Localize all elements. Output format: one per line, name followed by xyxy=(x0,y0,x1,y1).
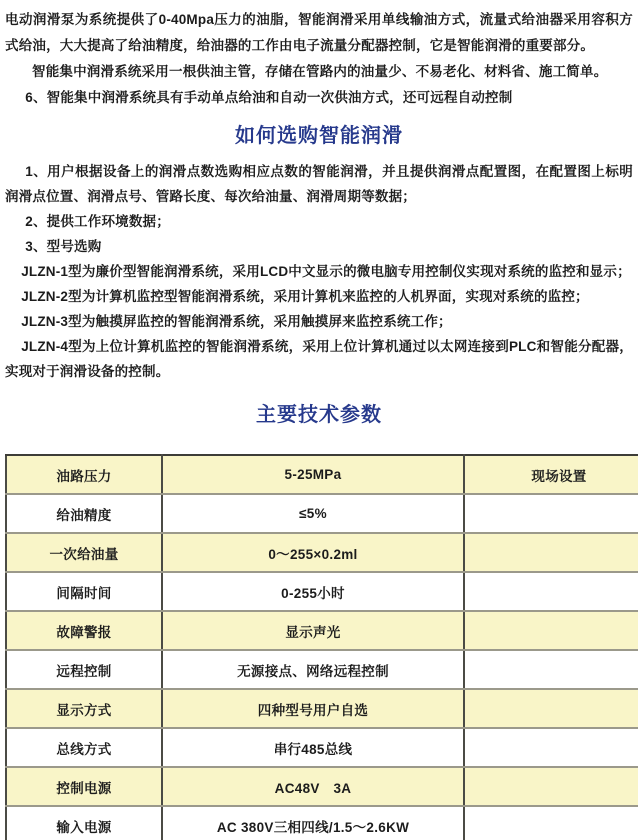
intro-paragraph-1: 电动润滑泵为系统提供了0-40Mpa压力的油脂，智能润滑采用单线输油方式，流量式… xyxy=(5,7,633,59)
param-value-cell: AC48V 3A xyxy=(162,767,464,806)
param-note-cell: 现场设置 xyxy=(464,455,638,494)
param-name-cell: 显示方式 xyxy=(6,689,162,728)
param-note-cell xyxy=(464,728,638,767)
param-name-cell: 油路压力 xyxy=(6,455,162,494)
table-row: 油路压力 5-25MPa 现场设置 xyxy=(6,455,638,494)
table-row: 远程控制 无源接点、网络远程控制 xyxy=(6,650,638,689)
table-row: 显示方式 四种型号用户自选 xyxy=(6,689,638,728)
param-name-cell: 输入电源 xyxy=(6,806,162,840)
parameters-table: 油路压力 5-25MPa 现场设置 给油精度 ≤5% 一次给油量 0～255×0… xyxy=(5,454,638,840)
param-value-cell: 串行485总线 xyxy=(162,728,464,767)
param-value-cell: 无源接点、网络远程控制 xyxy=(162,650,464,689)
param-note-cell xyxy=(464,806,638,840)
section-title-parameters: 主要技术参数 xyxy=(5,401,633,429)
selection-paragraph-jlzn3: JLZN-3型为触摸屏监控的智能润滑系统，采用触摸屏来监控系统工作； xyxy=(5,309,633,334)
table-row: 间隔时间 0-255小时 xyxy=(6,572,638,611)
param-name-cell: 给油精度 xyxy=(6,494,162,533)
parameters-table-body: 油路压力 5-25MPa 现场设置 给油精度 ≤5% 一次给油量 0～255×0… xyxy=(6,455,638,840)
param-value-cell: ≤5% xyxy=(162,494,464,533)
param-value-cell: 5-25MPa xyxy=(162,455,464,494)
param-name-cell: 故障警报 xyxy=(6,611,162,650)
param-note-cell xyxy=(464,767,638,806)
param-value-cell: 0～255×0.2ml xyxy=(162,533,464,572)
param-name-cell: 控制电源 xyxy=(6,767,162,806)
param-note-cell xyxy=(464,533,638,572)
param-value-cell: 0-255小时 xyxy=(162,572,464,611)
table-row: 故障警报 显示声光 xyxy=(6,611,638,650)
document-page: 电动润滑泵为系统提供了0-40Mpa压力的油脂，智能润滑采用单线输油方式，流量式… xyxy=(0,0,638,840)
table-row: 控制电源 AC48V 3A xyxy=(6,767,638,806)
section-title-selection: 如何选购智能润滑 xyxy=(5,122,633,150)
selection-paragraph-1: 1、用户根据设备上的润滑点数选购相应点数的智能润滑，并且提供润滑点配置图，在配置… xyxy=(5,159,633,209)
selection-paragraph-jlzn4: JLZN-4型为上位计算机监控的智能润滑系统，采用上位计算机通过以太网连接到PL… xyxy=(5,334,633,384)
selection-paragraph-3: 3、型号选购 xyxy=(5,234,633,259)
table-row: 一次给油量 0～255×0.2ml xyxy=(6,533,638,572)
param-note-cell xyxy=(464,494,638,533)
table-row: 给油精度 ≤5% xyxy=(6,494,638,533)
param-value-cell: 四种型号用户自选 xyxy=(162,689,464,728)
table-row: 总线方式 串行485总线 xyxy=(6,728,638,767)
intro-paragraph-3: 6、智能集中润滑系统具有手动单点给油和自动一次供油方式，还可远程自动控制 xyxy=(5,85,633,111)
param-note-cell xyxy=(464,611,638,650)
selection-paragraph-jlzn1: JLZN-1型为廉价型智能润滑系统，采用LCD中文显示的微电脑专用控制仪实现对系… xyxy=(5,259,633,284)
selection-paragraph-jlzn2: JLZN-2型为计算机监控型智能润滑系统，采用计算机来监控的人机界面，实现对系统… xyxy=(5,284,633,309)
param-name-cell: 间隔时间 xyxy=(6,572,162,611)
param-note-cell xyxy=(464,572,638,611)
table-row: 输入电源 AC 380V三相四线/1.5～2.6KW xyxy=(6,806,638,840)
selection-paragraph-2: 2、提供工作环境数据； xyxy=(5,209,633,234)
intro-paragraph-2: 智能集中润滑系统采用一根供油主管，存储在管路内的油量少、不易老化、材料省、施工简… xyxy=(5,59,633,85)
param-name-cell: 一次给油量 xyxy=(6,533,162,572)
param-value-cell: 显示声光 xyxy=(162,611,464,650)
param-note-cell xyxy=(464,689,638,728)
param-value-cell: AC 380V三相四线/1.5～2.6KW xyxy=(162,806,464,840)
param-name-cell: 总线方式 xyxy=(6,728,162,767)
param-name-cell: 远程控制 xyxy=(6,650,162,689)
param-note-cell xyxy=(464,650,638,689)
